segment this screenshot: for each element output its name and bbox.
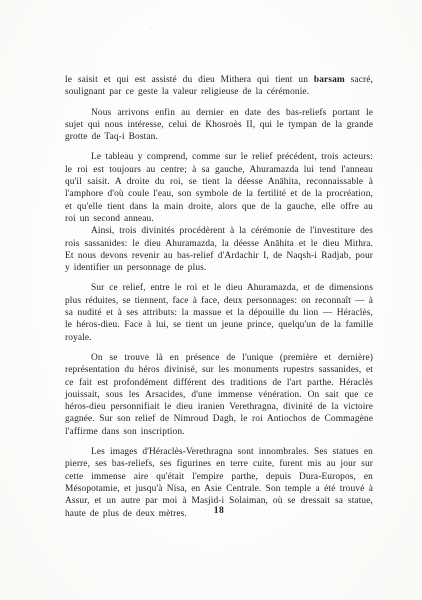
scanned-page-sheet: le saisit et qui est assisté du dieu Mit…	[0, 0, 422, 600]
text-column: le saisit et qui est assisté du dieu Mit…	[65, 74, 373, 520]
bold-term-barsam: barsam	[314, 75, 345, 85]
paragraph-trois-divinites: Ainsi, trois divinités procédèrent à la …	[65, 225, 373, 274]
paragraph-khosroes-relief: Nous arrivons enfin au dernier en date d…	[65, 107, 373, 144]
paragraph-heros-divinise: On se trouve là en présence de l'unique …	[65, 352, 373, 438]
page-number: 18	[65, 505, 373, 516]
scan-noise-speckles	[150, 28, 151, 29]
paragraph-heracles-relief: Sur ce relief, entre le roi et le dieu A…	[65, 282, 373, 343]
paragraph-text: le saisit et qui est assisté du dieu Mit…	[65, 75, 314, 85]
paragraph-tableau-description: Le tableau y comprend, comme sur le reli…	[65, 151, 373, 225]
paragraph-continuation: le saisit et qui est assisté du dieu Mit…	[65, 74, 373, 99]
